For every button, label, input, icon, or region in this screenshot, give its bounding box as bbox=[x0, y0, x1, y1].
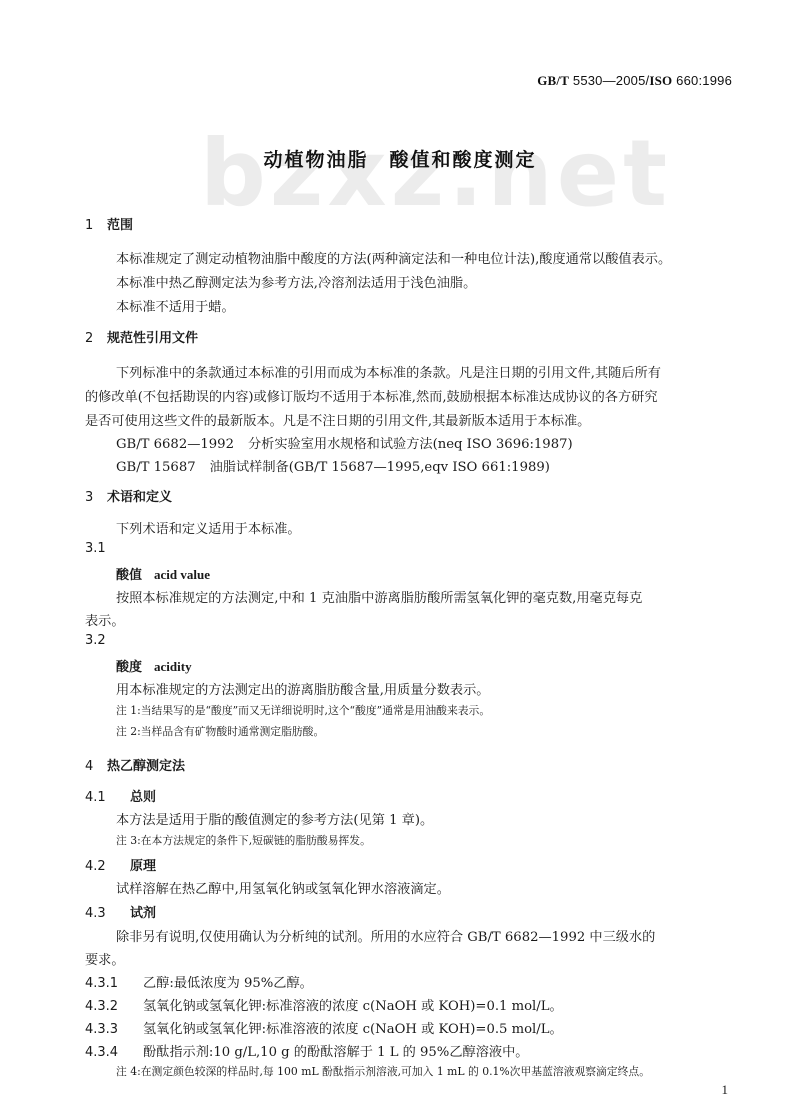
paragraph: 下列术语和定义适用于本标准。 bbox=[116, 518, 301, 537]
section-3-heading: 3术语和定义 bbox=[85, 486, 172, 505]
standard-code-number: 5530—2005/ bbox=[569, 73, 649, 88]
term-en: acid value bbox=[154, 567, 210, 582]
paragraph-line: 是否可使用这些文件的最新版本。凡是不注日期的引用文件,其最新版本适用于本标准。 bbox=[85, 410, 590, 429]
subsection-4-2-heading: 4.2原理 bbox=[85, 855, 156, 874]
section-number: 1 bbox=[85, 218, 107, 233]
section-4-heading: 4热乙醇测定法 bbox=[85, 755, 185, 774]
note: 注 3:在本方法规定的条件下,短碳链的脂肪酸易挥发。 bbox=[116, 833, 371, 848]
paragraph: 本方法是适用于脂的酸值测定的参考方法(见第 1 章)。 bbox=[116, 809, 433, 828]
reference-title: 油脂试样制备(GB/T 15687—1995,eqv ISO 661:1989) bbox=[210, 460, 550, 475]
paragraph: 本标准中热乙醇测定法为参考方法,冷溶剂法适用于浅色油脂。 bbox=[116, 272, 476, 291]
standard-code-iso: ISO bbox=[649, 73, 672, 88]
reagent-item: 4.3.4酚酞指示剂:10 g/L,10 g 的酚酞溶解于 1 L 的 95%乙… bbox=[85, 1041, 528, 1060]
section-title: 规范性引用文件 bbox=[107, 331, 198, 346]
subsection-title: 原理 bbox=[130, 859, 156, 874]
reagent-item: 4.3.2氢氧化钠或氢氧化钾:标准溶液的浓度 c(NaOH 或 KOH)=0.1… bbox=[85, 995, 563, 1014]
normative-reference: GB/T 15687油脂试样制备(GB/T 15687—1995,eqv ISO… bbox=[116, 456, 550, 475]
reference-title: 分析实验室用水规格和试验方法(neq ISO 3696:1987) bbox=[248, 437, 573, 452]
term-zh: 酸度 bbox=[116, 660, 142, 675]
subsection-title: 试剂 bbox=[130, 906, 156, 921]
item-text: 酚酞指示剂:10 g/L,10 g 的酚酞溶解于 1 L 的 95%乙醇溶液中。 bbox=[143, 1045, 528, 1060]
item-number: 4.3.2 bbox=[85, 999, 143, 1014]
standard-code-prefix: GB/T bbox=[537, 73, 569, 88]
normative-reference: GB/T 6682—1992分析实验室用水规格和试验方法(neq ISO 369… bbox=[116, 433, 573, 452]
document-page: GB/T 5530—2005/ISO 660:1996 bzxz.net 动植物… bbox=[0, 0, 800, 1104]
definition-line: 按照本标准规定的方法测定,中和 1 克油脂中游离脂肪酸所需氢氧化钾的毫克数,用毫… bbox=[116, 587, 642, 606]
standard-code: GB/T 5530—2005/ISO 660:1996 bbox=[537, 73, 732, 89]
document-title: 动植物油脂 酸值和酸度测定 bbox=[0, 145, 800, 172]
item-text: 氢氧化钠或氢氧化钾:标准溶液的浓度 c(NaOH 或 KOH)=0.1 mol/… bbox=[143, 999, 563, 1014]
section-title: 范围 bbox=[107, 218, 133, 233]
section-number: 3 bbox=[85, 490, 107, 505]
subsection-number: 4.3 bbox=[85, 906, 130, 921]
reagent-item: 4.3.1乙醇:最低浓度为 95%乙醇。 bbox=[85, 972, 313, 991]
definition-line: 表示。 bbox=[85, 610, 125, 629]
subsection-4-1-heading: 4.1总则 bbox=[85, 786, 156, 805]
subsection-number: 4.2 bbox=[85, 859, 130, 874]
paragraph-line: 要求。 bbox=[85, 949, 125, 968]
section-title: 热乙醇测定法 bbox=[107, 759, 185, 774]
term-heading: 酸值acid value bbox=[116, 564, 210, 583]
term-number: 3.2 bbox=[85, 633, 106, 648]
term-number: 3.1 bbox=[85, 541, 106, 556]
note: 注 4:在测定颜色较深的样品时,每 100 mL 酚酞指示剂溶液,可加入 1 m… bbox=[116, 1064, 650, 1079]
section-1-heading: 1范围 bbox=[85, 214, 133, 233]
section-number: 4 bbox=[85, 759, 107, 774]
reference-code: GB/T 6682—1992 bbox=[116, 437, 234, 452]
paragraph: 试样溶解在热乙醇中,用氢氧化钠或氢氧化钾水溶液滴定。 bbox=[116, 878, 450, 897]
subsection-title: 总则 bbox=[130, 790, 156, 805]
term-zh: 酸值 bbox=[116, 568, 142, 583]
subsection-4-3-heading: 4.3试剂 bbox=[85, 902, 156, 921]
note: 注 2:当样品含有矿物酸时通常测定脂肪酸。 bbox=[116, 724, 324, 739]
reagent-item: 4.3.3氢氧化钠或氢氧化钾:标准溶液的浓度 c(NaOH 或 KOH)=0.5… bbox=[85, 1018, 563, 1037]
item-number: 4.3.3 bbox=[85, 1022, 143, 1037]
item-text: 氢氧化钠或氢氧化钾:标准溶液的浓度 c(NaOH 或 KOH)=0.5 mol/… bbox=[143, 1022, 563, 1037]
definition-line: 用本标准规定的方法测定出的游离脂肪酸含量,用质量分数表示。 bbox=[116, 679, 489, 698]
section-2-heading: 2规范性引用文件 bbox=[85, 327, 198, 346]
paragraph: 本标准规定了测定动植物油脂中酸度的方法(两种滴定法和一种电位计法),酸度通常以酸… bbox=[116, 248, 671, 267]
paragraph: 本标准不适用于蜡。 bbox=[116, 296, 235, 315]
paragraph-line: 的修改单(不包括勘误的内容)或修订版均不适用于本标准,然而,鼓励根据本标准达成协… bbox=[85, 386, 658, 405]
paragraph-line: 下列标准中的条款通过本标准的引用而成为本标准的条款。凡是注日期的引用文件,其随后… bbox=[116, 362, 661, 381]
item-number: 4.3.4 bbox=[85, 1045, 143, 1060]
paragraph-line: 除非另有说明,仅使用确认为分析纯的试剂。所用的水应符合 GB/T 6682—19… bbox=[116, 926, 655, 945]
section-title: 术语和定义 bbox=[107, 490, 172, 505]
watermark: bzxz.net bbox=[200, 128, 671, 220]
page-number: 1 bbox=[722, 1082, 729, 1098]
item-text: 乙醇:最低浓度为 95%乙醇。 bbox=[143, 976, 313, 991]
term-heading: 酸度acidity bbox=[116, 656, 192, 675]
section-number: 2 bbox=[85, 331, 107, 346]
term-en: acidity bbox=[154, 659, 192, 674]
standard-code-iso-number: 660:1996 bbox=[672, 73, 732, 88]
note: 注 1:当结果写的是“酸度”而又无详细说明时,这个“酸度”通常是用油酸来表示。 bbox=[116, 703, 490, 718]
subsection-number: 4.1 bbox=[85, 790, 130, 805]
item-number: 4.3.1 bbox=[85, 976, 143, 991]
reference-code: GB/T 15687 bbox=[116, 460, 196, 475]
